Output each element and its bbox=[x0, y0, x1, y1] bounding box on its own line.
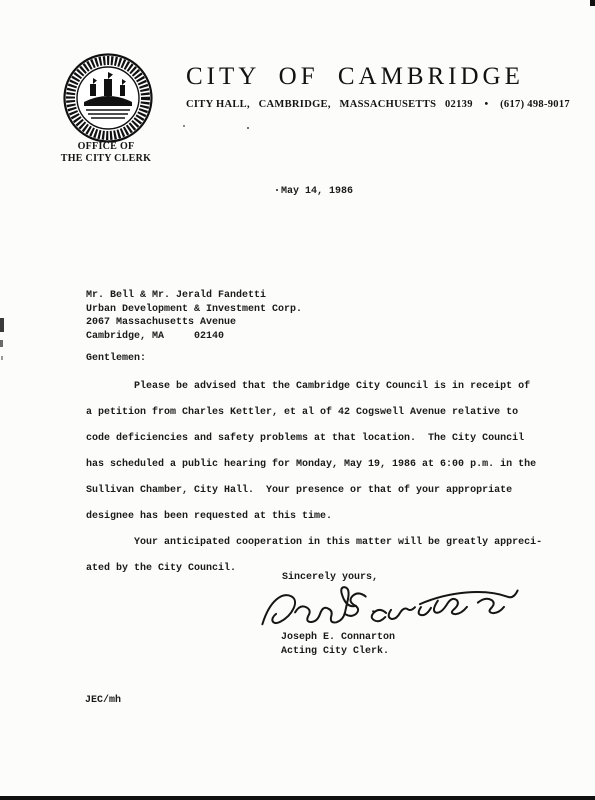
letterhead-address-line: CITY HALL, CAMBRIDGE, MASSACHUSETTS 0213… bbox=[186, 99, 570, 110]
scanned-letter-page: OFFICE OF THE CITY CLERK CITY OF CAMBRID… bbox=[0, 0, 595, 800]
seal-graphic bbox=[62, 52, 154, 144]
signer-name: Joseph E. Connarton bbox=[281, 631, 395, 645]
scan-artifact-left-edge bbox=[1, 356, 3, 360]
handwritten-signature-icon bbox=[249, 579, 522, 636]
body-line: Your anticipated cooperation in this mat… bbox=[86, 530, 542, 556]
scan-artifact-left-edge bbox=[0, 340, 3, 347]
letterhead-title: CITY OF CAMBRIDGE bbox=[186, 64, 524, 89]
scan-artifact-left-edge bbox=[0, 318, 4, 332]
city-of-cambridge-seal-icon bbox=[62, 52, 154, 144]
letter-date: May 14, 1986 bbox=[281, 185, 353, 199]
body-line: Sullivan Chamber, City Hall. Your presen… bbox=[86, 478, 542, 504]
scan-speck bbox=[247, 127, 249, 129]
letter-body: Please be advised that the Cambridge Cit… bbox=[86, 374, 542, 582]
office-line1: OFFICE OF bbox=[54, 141, 158, 153]
body-line: designee has been requested at this time… bbox=[86, 504, 542, 530]
signature-block: Joseph E. Connarton Acting City Clerk. bbox=[281, 631, 395, 658]
scan-speck bbox=[276, 189, 278, 191]
recipient-line: Mr. Bell & Mr. Jerald Fandetti bbox=[86, 289, 302, 303]
recipient-line: 2067 Massachusetts Avenue bbox=[86, 316, 302, 330]
office-line2: THE CITY CLERK bbox=[54, 153, 158, 165]
recipient-address-block: Mr. Bell & Mr. Jerald Fandetti Urban Dev… bbox=[86, 289, 302, 343]
scan-speck bbox=[183, 125, 185, 127]
recipient-line: Cambridge, MA 02140 bbox=[86, 330, 302, 344]
body-line: has scheduled a public hearing for Monda… bbox=[86, 452, 542, 478]
scan-artifact-top-right bbox=[590, 0, 595, 6]
office-of-city-clerk-label: OFFICE OF THE CITY CLERK bbox=[54, 141, 158, 165]
body-line: a petition from Charles Kettler, et al o… bbox=[86, 400, 542, 426]
scan-artifact-bottom-bar bbox=[0, 796, 595, 800]
signer-title: Acting City Clerk. bbox=[281, 645, 395, 659]
recipient-line: Urban Development & Investment Corp. bbox=[86, 303, 302, 317]
closing-phrase: Sincerely yours, bbox=[282, 571, 378, 585]
salutation: Gentlemen: bbox=[86, 352, 146, 366]
body-line: code deficiencies and safety problems at… bbox=[86, 426, 542, 452]
reference-initials: JEC/mh bbox=[85, 694, 121, 708]
body-line: Please be advised that the Cambridge Cit… bbox=[86, 374, 542, 400]
